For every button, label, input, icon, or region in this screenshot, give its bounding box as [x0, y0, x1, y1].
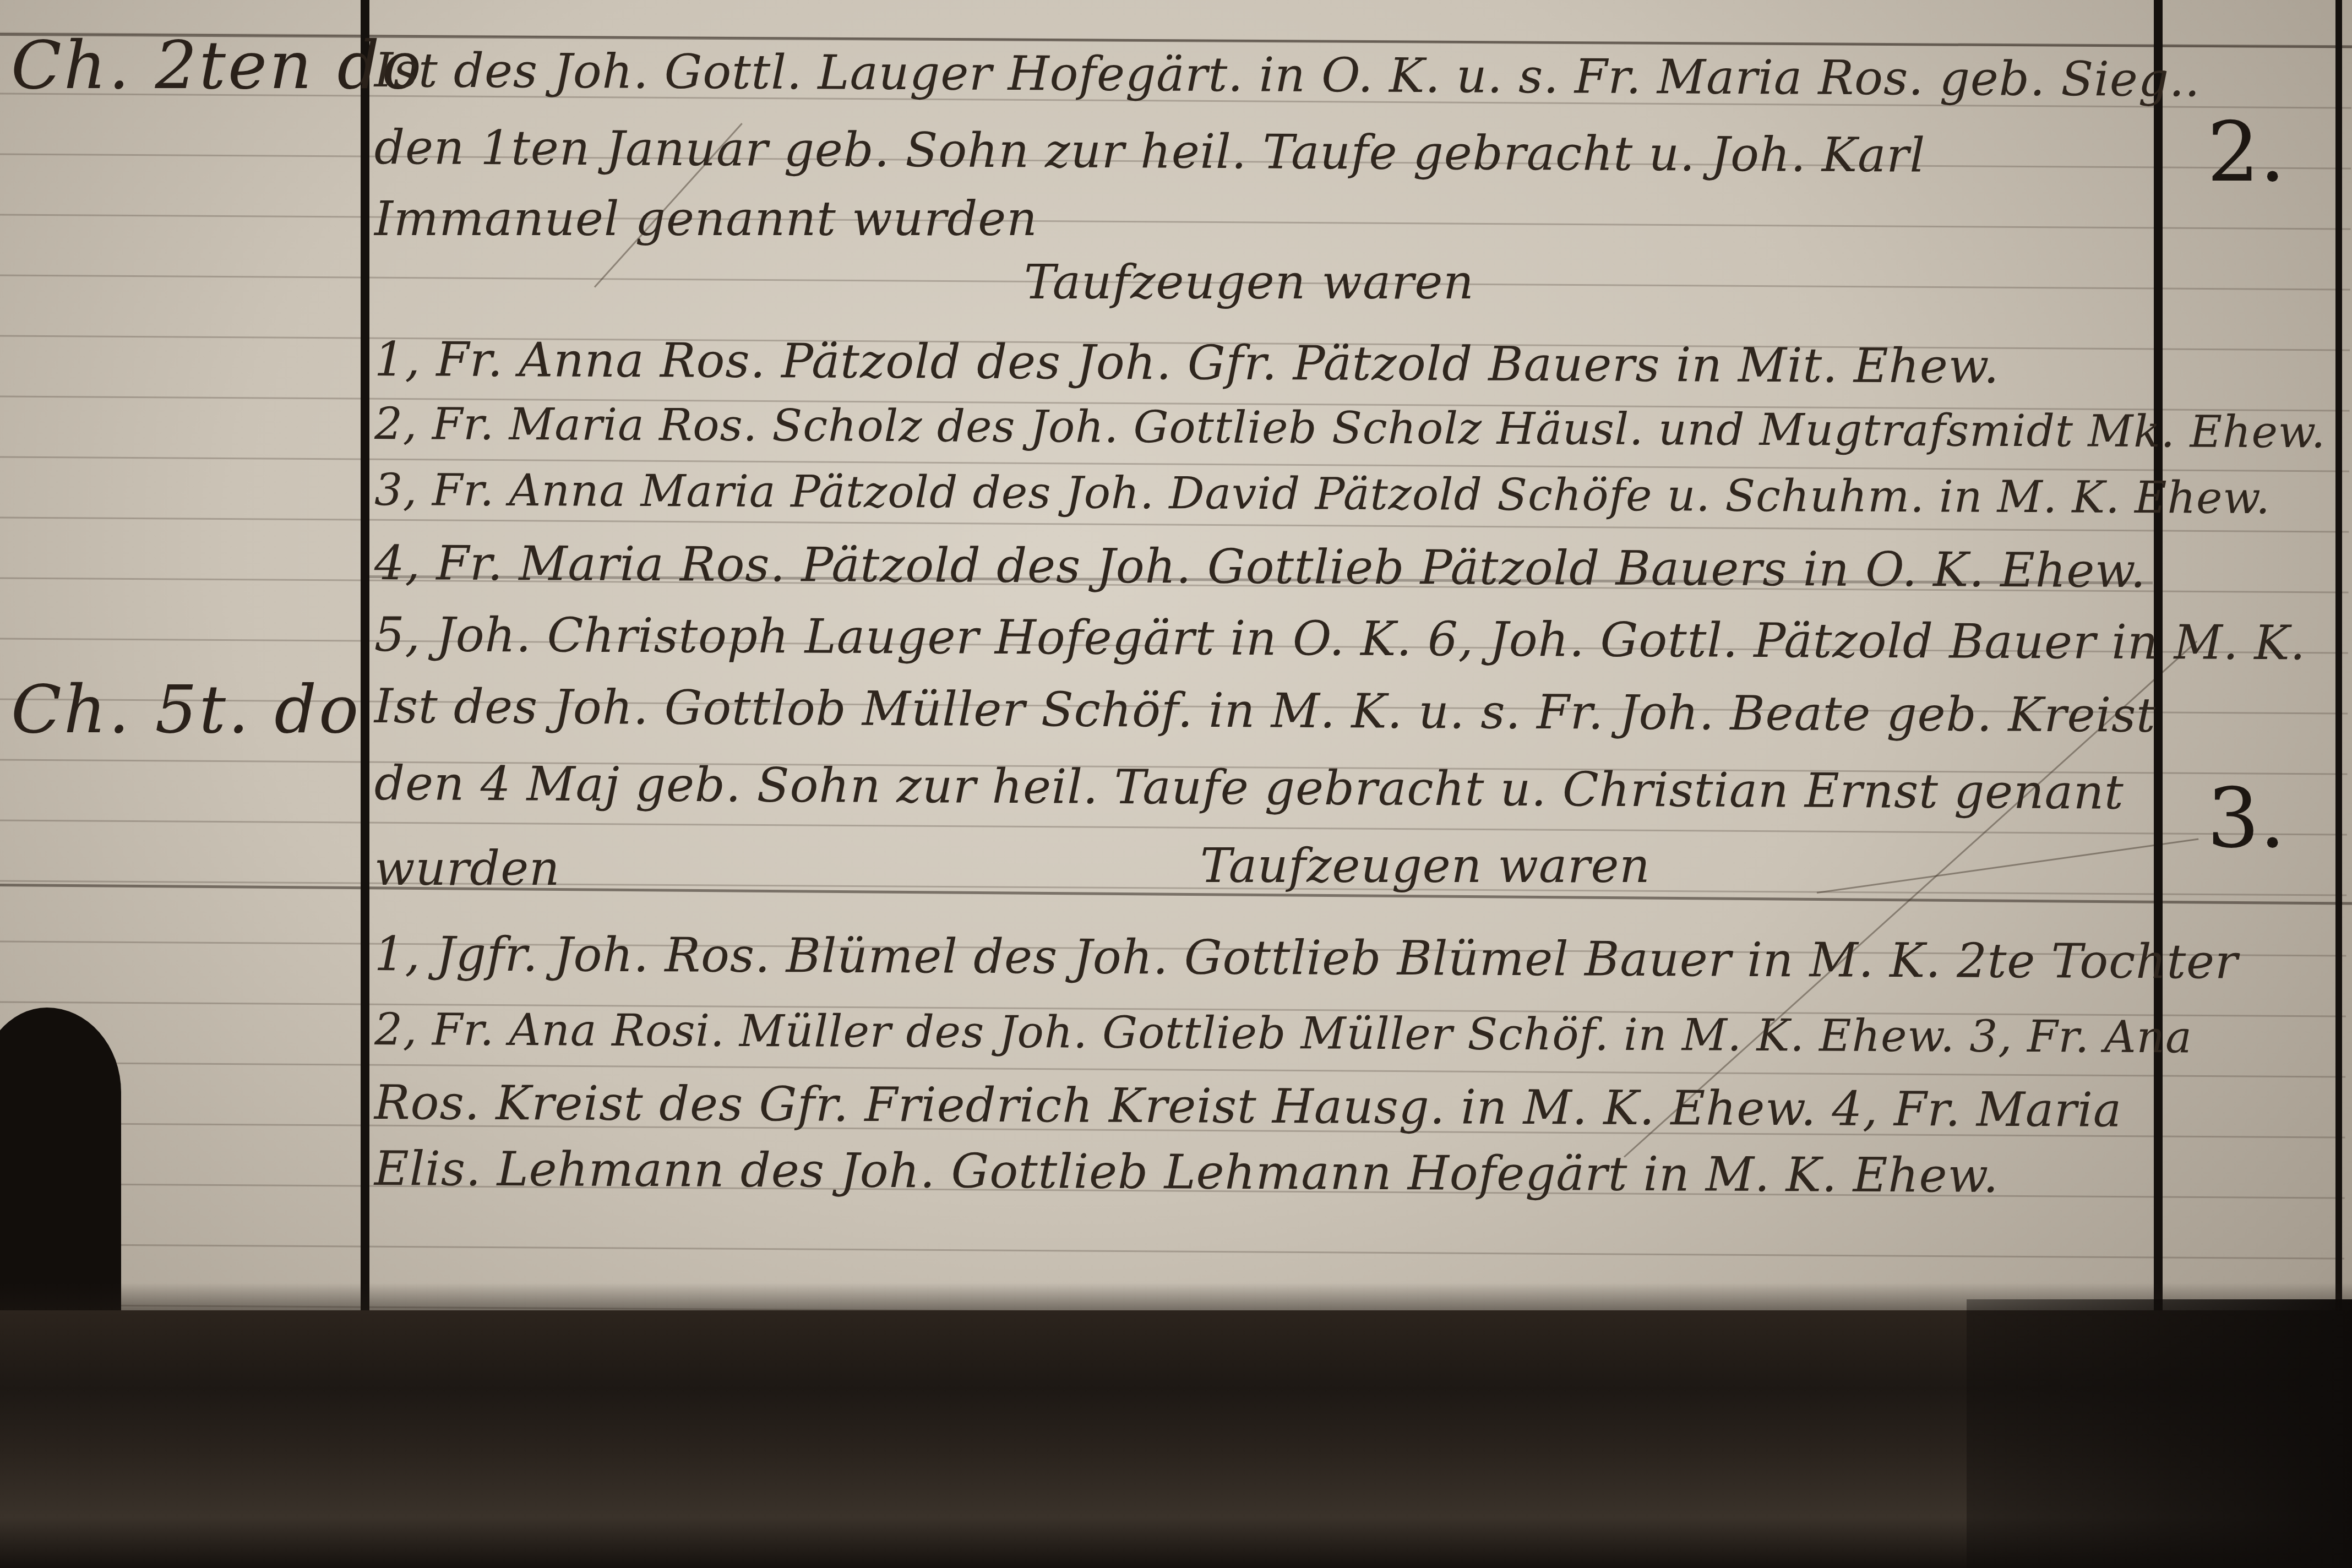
entry-text-line: Ist des Joh. Gottl. Lauger Hofegärt. in …	[374, 47, 2201, 104]
entry-text-line: den 1ten Januar geb. Sohn zur heil. Tauf…	[374, 124, 1926, 179]
register-page: Ch. 2ten do Ch. 5t. do Ist des Joh. Gott…	[0, 0, 2352, 1568]
entry-text-line: Ist des Joh. Gottlob Müller Schöf. in M.…	[374, 683, 2156, 739]
entry-number: 2.	[2164, 105, 2329, 200]
sponsor-line: 1, Jgfr. Joh. Ros. Blümel des Joh. Gottl…	[374, 930, 2239, 986]
date-entry: Ch. 5t. do	[11, 672, 361, 748]
sponsor-line: Elis. Lehmann des Joh. Gottlieb Lehmann …	[374, 1145, 1999, 1200]
entry-number: 3.	[2164, 771, 2329, 867]
sponsor-line: 1, Fr. Anna Ros. Pätzold des Joh. Gfr. P…	[374, 336, 2000, 390]
sponsor-line: 5, Joh. Christoph Lauger Hofegärt in O. …	[374, 611, 2306, 667]
sponsor-line: 3, Fr. Anna Maria Pätzold des Joh. David…	[374, 468, 2271, 520]
entry-text-line: wurden	[374, 845, 560, 892]
sponsor-line: 2, Fr. Ana Rosi. Müller des Joh. Gottlie…	[374, 1008, 2192, 1059]
column-divider-far-right	[2335, 0, 2342, 1343]
bottom-right-shadow	[1967, 1299, 2352, 1568]
date-entry: Ch. 2ten do	[11, 28, 423, 104]
entry-text-line: den 4 Maj geb. Sohn zur heil. Taufe gebr…	[374, 760, 2124, 816]
column-divider-left	[361, 0, 369, 1343]
sponsors-heading: Taufzeugen waren	[1024, 259, 1474, 306]
sponsor-line: Ros. Kreist des Gfr. Friedrich Kreist Ha…	[374, 1079, 2122, 1134]
sponsors-heading: Taufzeugen waren	[1200, 842, 1651, 890]
entry-text-line: Immanuel genannt wurden	[374, 195, 1038, 243]
sponsor-line: 2, Fr. Maria Ros. Scholz des Joh. Gottli…	[374, 402, 2326, 454]
sponsor-line: 4, Fr. Maria Ros. Pätzold des Joh. Gottl…	[374, 540, 2146, 595]
column-divider-right	[2154, 0, 2163, 1343]
